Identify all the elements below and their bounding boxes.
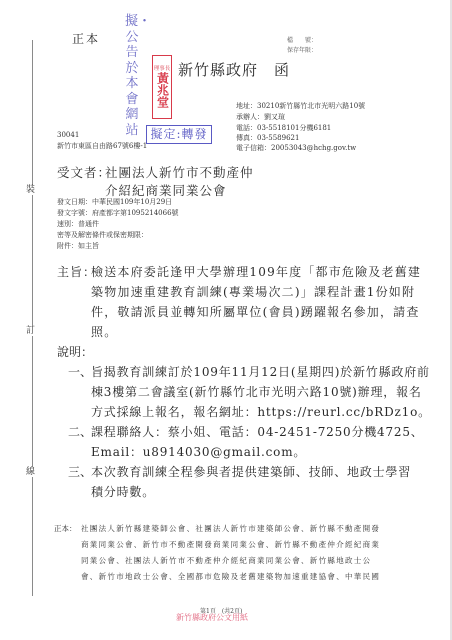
item-number: 二、	[68, 423, 92, 440]
delivery-speed: 速別：普通件	[57, 219, 99, 229]
item-line: 積分時數。	[91, 483, 155, 500]
copy-type-label: 正本	[72, 30, 100, 47]
item-number: 一、	[68, 363, 92, 380]
contact-handler: 承辦人：劉又瑄	[236, 112, 285, 122]
binding-line	[32, 40, 33, 596]
explanation-label: 說明：	[57, 343, 93, 360]
binding-mark-ding: 訂	[26, 326, 35, 336]
issue-number: 發文字號：府產都字第1095214066號	[57, 208, 179, 218]
cc-line: 會、新竹市地政士公會、全國都市危險及老舊建築物加速重建協會、中華民國	[81, 571, 380, 582]
item-number: 三、	[68, 463, 92, 480]
sender-address: 新竹市東區自由路67號6樓-1	[57, 141, 147, 151]
item-line: 旨揭教育訓練訂於109年11月12日(星期四)於新竹縣政府前	[91, 363, 430, 380]
page-number: 第1頁 (共2頁)	[200, 606, 242, 615]
confidentiality: 密等及解密條件或保密期限：	[57, 230, 148, 240]
subject-line: 件，敬請派員並轉知所屬單位(會員)踴躍報名參加，請查	[91, 303, 420, 320]
issue-date: 發文日期：中華民國109年10月29日	[57, 197, 172, 207]
vertical-note-stamp: 擬・公告於本會網站	[125, 14, 139, 138]
contact-phone: 電話：03-5518101分機6181	[236, 123, 331, 133]
subject-line: 築物加速重建教育訓練(專業場次二)」課程計畫1份如附	[91, 283, 415, 300]
item-line: 棟3樓第二會議室(新竹縣竹北市光明六路10號)辦理，報名	[91, 383, 422, 400]
contact-fax: 傳真：03-5589621	[236, 133, 299, 143]
chairman-seal: 理事長 黃兆堂	[152, 55, 172, 119]
contact-address: 地址：30210新竹縣竹北市光明六路10號	[236, 101, 365, 111]
cc-label: 正本：	[54, 523, 77, 534]
item-line: Email：u8914030@gmail.com。	[91, 443, 306, 460]
attachment: 附件：如主旨	[57, 241, 99, 251]
item-line: 方式採線上報名，報名網址：https://reurl.cc/bRDz1o。	[91, 403, 431, 420]
item-line: 本次教育訓練全程參與者提供建築師、技師、地政士學習	[91, 463, 411, 480]
recipient-label: 受文者：	[57, 163, 111, 181]
retention-label: 保存年限：	[287, 45, 317, 54]
agency-title: 新竹縣政府 函	[178, 59, 290, 80]
contact-email: 電子信箱：20053043@hchg.gov.tw	[236, 143, 356, 153]
chairman-name: 黃兆堂	[156, 72, 169, 108]
recipient-line: 社團法人新竹市不動產仲	[105, 163, 254, 181]
cc-line: 商業同業公會、新竹市不動產開發商業同業公會、新竹縣不動產仲介經紀商業	[81, 539, 380, 550]
sender-zip: 30041	[57, 131, 79, 139]
subject-line: 照。	[91, 323, 117, 340]
cc-line: 同業公會、社團法人新竹市不動產仲介經紀商業同業公會、新竹縣地政士公	[81, 555, 371, 566]
subject-line: 檢送本府委託逢甲大學辦理109年度「都市危險及老舊建	[91, 263, 421, 280]
cc-line: 社團法人新竹縣建築師公會、社團法人新竹市建築師公會、新竹縣不動產開發	[81, 523, 380, 534]
file-number-label: 檔 號：	[287, 35, 317, 44]
binding-mark-xian: 線	[26, 467, 35, 477]
binding-mark-zhuang: 裝	[26, 185, 35, 195]
draft-decision-stamp: 擬定:轉發	[146, 125, 212, 144]
item-line: 課程聯絡人：蔡小姐、電話：04-2451-7250分機4725、	[91, 423, 424, 440]
